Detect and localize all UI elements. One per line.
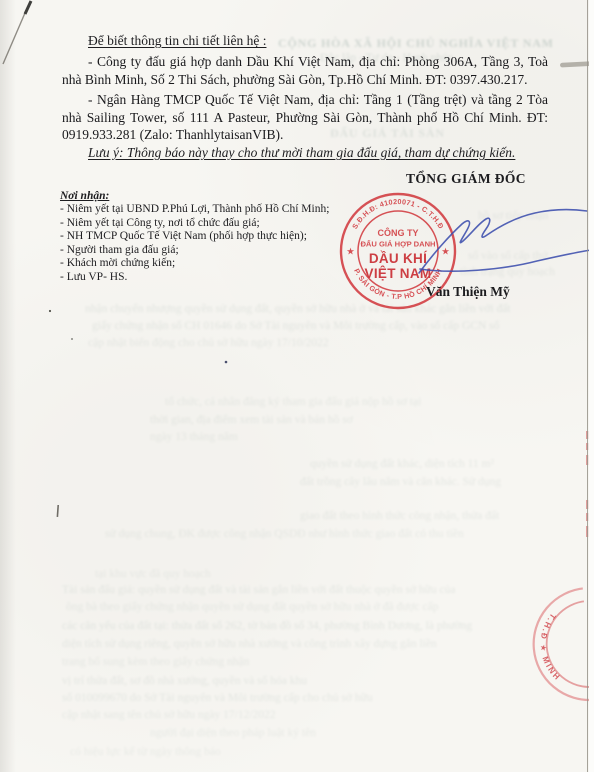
bleed-line: số 010099670 do Sở Tài nguyên và Môi trư…	[62, 692, 373, 704]
paragraph-bank: - Ngân Hàng TMCP Quốc Tế Việt Nam, địa c…	[62, 91, 548, 144]
bleed-line: hồ sơ tiếp nhận	[478, 210, 548, 222]
recipient-item: - Niêm yết tại Công ty, nơi tổ chức đấu …	[60, 217, 329, 231]
paragraph-company: - Công ty đấu giá hợp danh Dầu Khí Việt …	[62, 53, 548, 88]
bleed-line: Tài sản đấu giá: quyền sử dụng đất và tà…	[62, 584, 456, 596]
bleed-line: ngày 13 tháng năm	[150, 431, 238, 443]
recipient-item: - Lưu VP- HS.	[60, 271, 329, 285]
bleed-stamp-arc-text: T.H.Đ ★ MINH	[536, 611, 564, 684]
bleed-line: giấy chứng nhận số CH 01646 do Sở Tài ng…	[92, 320, 499, 332]
recipient-item: - Niêm yết tại UBND P.Phú Lợi, Thành phố…	[60, 203, 329, 217]
dust-specks	[49, 310, 227, 517]
bleed-line: số vào sổ cấp thứ	[468, 250, 548, 262]
bleed-line: người đại diện theo pháp luật ký tên	[150, 727, 316, 739]
bleed-line: trang bổ sung kèm theo giấy chứng nhận	[62, 656, 249, 668]
bleed-line: giao đất theo hình thức công nhận, thửa …	[300, 510, 499, 522]
corner-fold-mark	[3, 1, 31, 64]
bleed-line: tại khu vực đã quy hoạch	[95, 568, 211, 580]
bleed-line: có hiệu lực kể từ ngày thông báo	[70, 746, 221, 758]
seal-left-star-icon: ★	[346, 247, 355, 258]
bleed-line: cập nhật sang tên chủ sở hữu ngày 17/12/…	[62, 709, 276, 721]
recipient-item: - Khách mời chứng kiến;	[60, 257, 329, 271]
bleed-line: sử dụng chung, ĐK được công nhận QSDĐ nh…	[105, 528, 464, 540]
seal-right-star-icon: ★	[441, 247, 450, 258]
bleed-line: thời gian, địa điểm xem tài sản và bán h…	[150, 414, 353, 426]
bleed-line: ông bà theo giấy chứng nhận quyền sử dụn…	[66, 601, 438, 613]
seal-top-arc-text: S.Đ.H.Đ: 41020071 - C.T.H.Đ	[350, 197, 446, 230]
seal-center-line: DẦU KHÍ	[369, 251, 428, 266]
signer-title: TỔNG GIÁM ĐỐC	[406, 171, 526, 187]
recipient-item: - Người tham gia đấu giá;	[60, 244, 329, 258]
scanner-background-strip	[589, 0, 594, 772]
bleed-line: tình trạng quy hoạch	[460, 266, 555, 278]
bleed-line: cập nhật biến động cho chủ sở hữu ngày 1…	[88, 337, 329, 349]
scan-left-shadow	[0, 0, 16, 772]
seal-center-line: ĐẤU GIÁ HỢP DANH	[360, 239, 435, 249]
bleed-line: vị trí thửa đất, sơ đồ nhà xưởng, quyền …	[62, 675, 307, 687]
recipients-list: - Niêm yết tại UBND P.Phú Lợi, Thành phố…	[60, 203, 329, 285]
bleed-line: CỘNG HÒA XÃ HỘI CHỦ NGHĨA VIỆT NAM	[278, 36, 554, 51]
bleed-line: quyền sử dụng đất khác, diện tích 11 m²	[310, 458, 494, 470]
scanned-document-page: CỘNG HÒA XÃ HỘI CHỦ NGHĨA VIỆT NAM Độc l…	[0, 0, 594, 772]
contact-heading: Để biết thông tin chi tiết liên hệ :	[88, 33, 266, 49]
seal-center-line: CÔNG TY	[377, 227, 418, 238]
bleed-stamp-fragment: T.H.Đ ★ MINH	[495, 582, 594, 717]
bleed-line: đất trồng cây lâu năm và căn khác. Sử dụ…	[300, 476, 501, 488]
note-line: Lưu ý: Thông báo này thay cho thư mời th…	[88, 145, 515, 161]
bleed-line: diện tích sử dụng riêng, quyền sở hữu nh…	[62, 638, 437, 650]
seal-center-line: VIỆT NAM	[365, 266, 432, 281]
signer-name: Văn Thiện Mỹ	[426, 284, 510, 300]
recipients-heading: Nơi nhận:	[60, 190, 109, 202]
bleed-line: tổ chức, cá nhân đăng ký tham gia đấu gi…	[165, 396, 421, 408]
recipient-item: - NH TMCP Quốc Tế Việt Nam (phối hợp thự…	[60, 230, 329, 244]
bleed-line: các căn yếu của đất tại: thửa đất số 262…	[62, 620, 472, 632]
